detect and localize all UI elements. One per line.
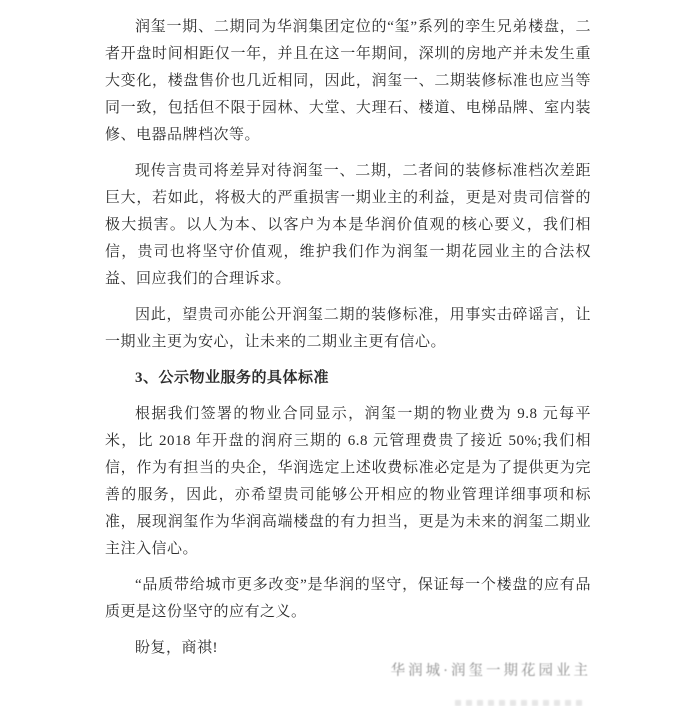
paragraph-rumor-concern: 现传言贵司将差异对待润玺一、二期，二者间的装修标准档次差距巨大，若如此，将极大的… — [105, 158, 591, 293]
letter-body: 润玺一期、二期同为华润集团定位的“玺”系列的孪生兄弟楼盘，二者开盘时间相距仅一年… — [105, 14, 591, 662]
paragraph-quality-commitment: “品质带给城市更多改变”是华润的坚守，保证每一个楼盘的应有品质更是这份坚守的应有… — [105, 572, 591, 626]
closing-line: 盼复，商祺! — [105, 635, 591, 662]
paragraph-property-fee-comparison: 根据我们签署的物业合同显示，润玺一期的物业费为 9.8 元每平米，比 2018 … — [105, 401, 591, 563]
paragraph-request-disclosure: 因此，望贵司亦能公开润玺二期的装修标准，用事实击碎谣言，让一期业主更为安心，让未… — [105, 302, 591, 356]
signature-line: 华润城·润玺一期花园业主 — [105, 660, 591, 682]
scanned-letter-page: 润玺一期、二期同为华润集团定位的“玺”系列的孪生兄弟楼盘，二者开盘时间相距仅一年… — [0, 0, 687, 706]
section-heading-property-service-standards: 3、公示物业服务的具体标准 — [105, 365, 591, 392]
cut-off-text-artifact — [455, 700, 585, 706]
paragraph-renovation-parity: 润玺一期、二期同为华润集团定位的“玺”系列的孪生兄弟楼盘，二者开盘时间相距仅一年… — [105, 14, 591, 149]
